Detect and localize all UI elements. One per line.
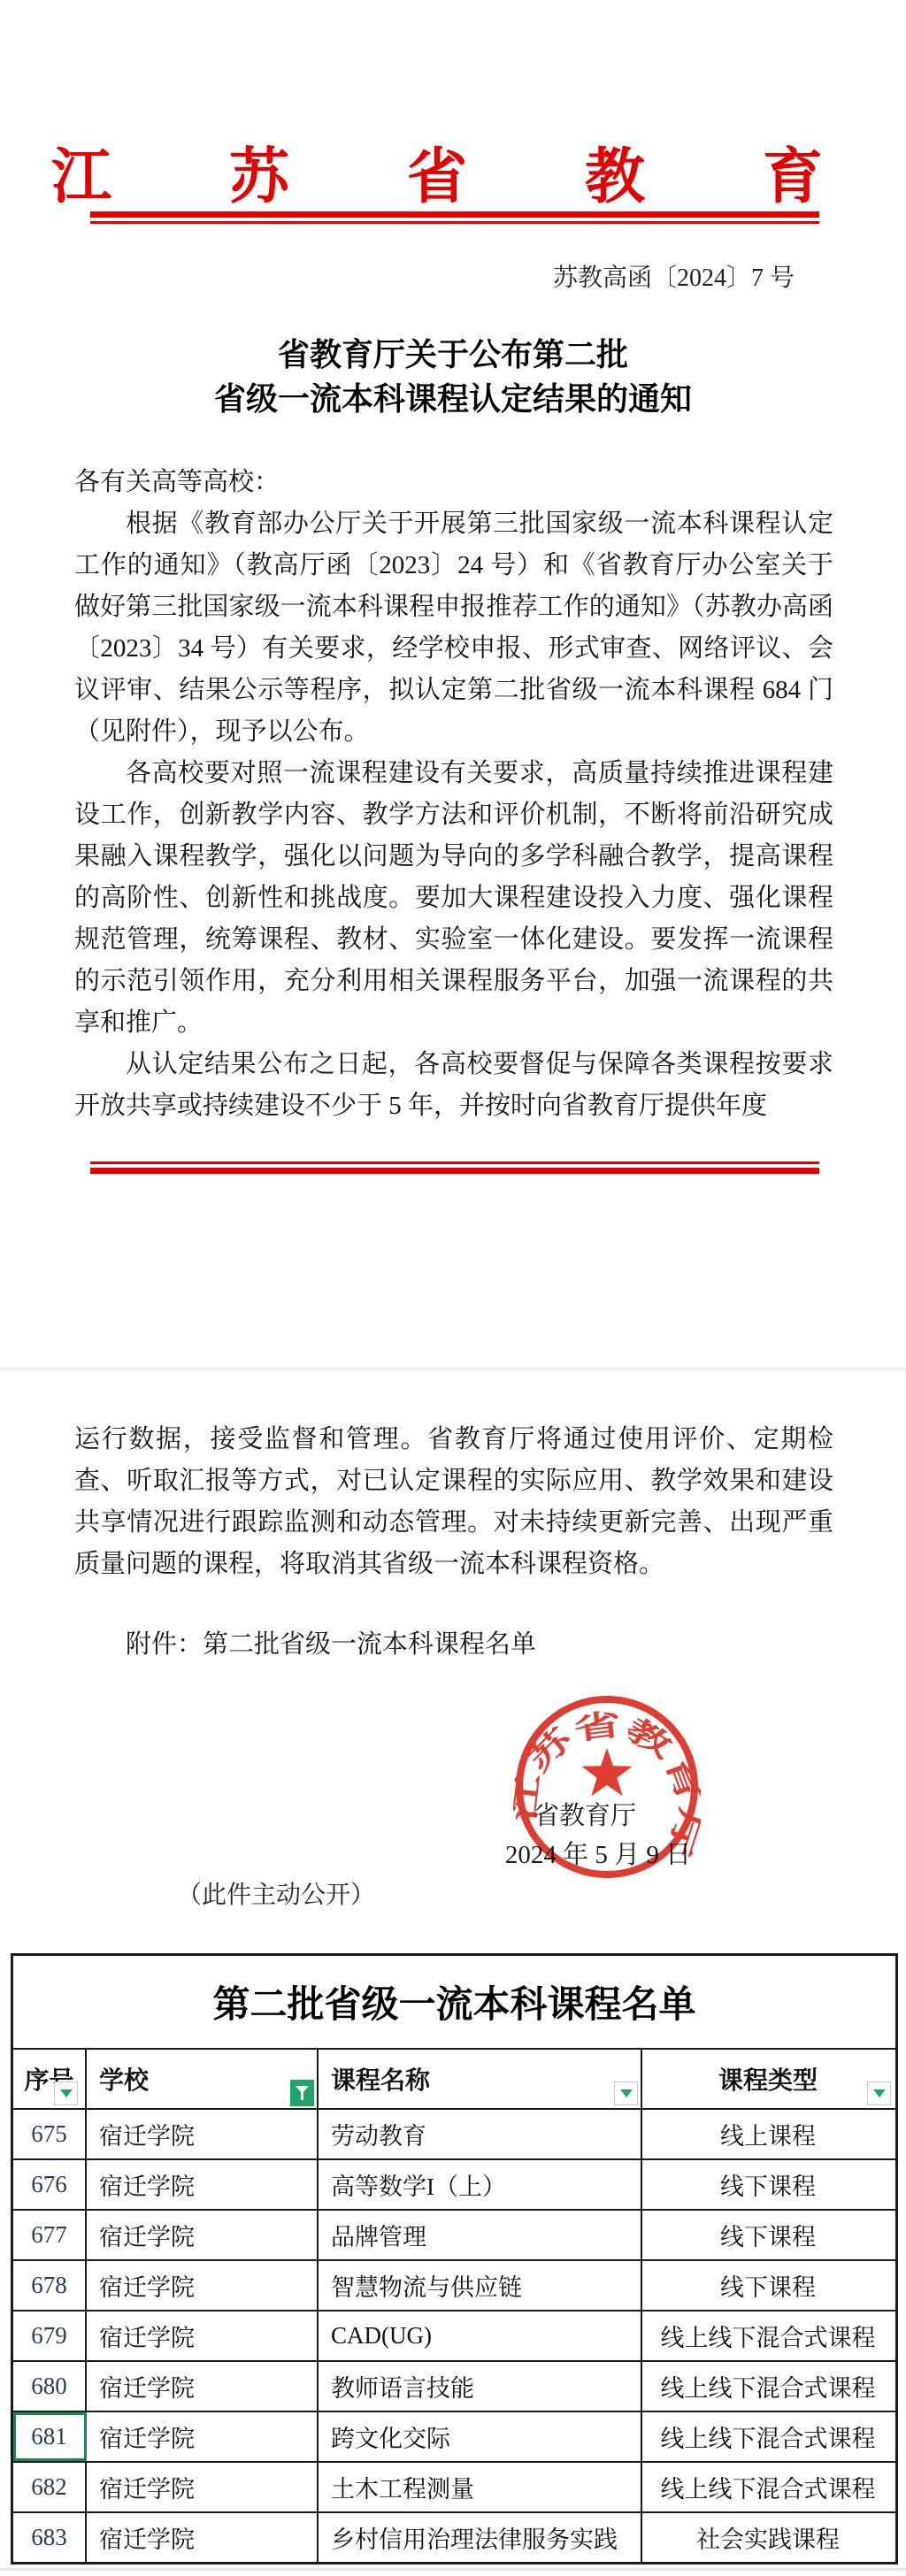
header-cell-no: 序号 [13,2050,87,2108]
cell-course[interactable]: 教师语言技能 [319,2362,642,2411]
cell-school[interactable]: 宿迁学院 [87,2261,319,2310]
cell-course[interactable]: 高等数学I（上） [319,2160,642,2209]
salutation: 各有关高等高校： [74,462,833,503]
cell-type[interactable]: 线上课程 [642,2110,894,2158]
cell-school[interactable]: 宿迁学院 [87,2311,319,2360]
body-text: 各有关高等高校： 根据《教育部办公厅关于开展第三批国家级一流本科课程认定工作的通… [74,462,833,1127]
cell-course[interactable]: 智慧物流与供应链 [319,2261,642,2310]
table-header-row: 序号 学校 课程名称 课程类型 [13,2050,895,2110]
header-label-course: 课程名称 [331,2061,430,2097]
doc-title-line2: 省级一流本科课程认定结果的通知 [0,377,906,421]
header-cell-type: 课程类型 [642,2050,894,2108]
cell-no[interactable]: 682 [13,2463,87,2511]
cell-no[interactable]: 680 [13,2362,87,2411]
cell-course[interactable]: 劳动教育 [319,2110,642,2158]
cell-school[interactable]: 宿迁学院 [87,2412,319,2461]
cell-type[interactable]: 线上线下混合式课程 [642,2412,894,2461]
table-row: 683 宿迁学院 乡村信用治理法律服务实践 社会实践课程 [13,2513,895,2562]
cell-course[interactable]: 跨文化交际 [319,2412,642,2461]
cell-type[interactable]: 线下课程 [642,2160,894,2209]
cell-type[interactable]: 社会实践课程 [642,2513,894,2562]
cell-school[interactable]: 宿迁学院 [87,2160,319,2209]
cell-no[interactable]: 678 [13,2261,87,2310]
cell-no[interactable]: 683 [13,2513,87,2562]
cell-course[interactable]: 品牌管理 [319,2211,642,2259]
page-seam [0,2568,906,2571]
table-row: 682 宿迁学院 土木工程测量 线上线下混合式课程 [13,2463,895,2513]
cell-school[interactable]: 宿迁学院 [87,2110,319,2158]
cell-type[interactable]: 线上线下混合式课程 [642,2362,894,2411]
table-row: 678 宿迁学院 智慧物流与供应链 线下课程 [13,2261,895,2311]
cell-no[interactable]: 675 [13,2110,87,2158]
table-row: 681 宿迁学院 跨文化交际 线上线下混合式课程 [13,2412,895,2463]
attachment-line: 附件：第二批省级一流本科课程名单 [74,1624,833,1666]
cell-type[interactable]: 线下课程 [642,2211,894,2259]
active-filter-funnel-icon[interactable] [290,2080,314,2106]
page-footer-double-rule [90,1161,819,1174]
paragraph-1: 根据《教育部办公厅关于开展第三批国家级一流本科课程认定工作的通知》（教高厅函〔2… [74,503,833,753]
letterhead-double-rule [90,211,819,224]
table-row: 680 宿迁学院 教师语言技能 线上线下混合式课程 [13,2362,895,2412]
public-disclosure-note: （此件主动公开） [177,1875,375,1911]
table-row: 677 宿迁学院 品牌管理 线下课程 [13,2211,895,2261]
paragraph-2: 各高校要对照一流课程建设有关要求，高质量持续推进课程建设工作，创新教学内容、教学… [74,753,833,1044]
page-seam [0,1368,906,1370]
doc-title-line1: 省教育厅关于公布第二批 [0,333,906,377]
cell-no[interactable]: 676 [13,2160,87,2209]
table-row: 679 宿迁学院 CAD(UG) 线上线下混合式课程 [13,2311,895,2362]
attachment-table: 第二批省级一流本科课程名单 序号 学校 课程名称 课程类型 675 宿迁学院 劳… [11,1953,898,2564]
document-page: 江 苏 省 教 育 厅 苏教高函〔2024〕7 号 省教育厅关于公布第二批 省级… [0,0,906,2576]
letterhead-agency-title: 江 苏 省 教 育 厅 [0,129,906,215]
cell-no[interactable]: 677 [13,2211,87,2259]
table-title: 第二批省级一流本科课程名单 [13,1956,895,2050]
cell-course[interactable]: 乡村信用治理法律服务实践 [319,2513,642,2562]
cell-type[interactable]: 线下课程 [642,2261,894,2310]
doc-number: 苏教高函〔2024〕7 号 [553,258,795,294]
continuation-text: 运行数据，接受监督和管理。省教育厅将通过使用评价、定期检查、听取汇报等方式，对已… [74,1419,833,1585]
cell-no[interactable]: 681 [13,2412,87,2461]
header-label-school: 学校 [99,2061,149,2097]
table-row: 676 宿迁学院 高等数学I（上） 线下课程 [13,2160,895,2211]
filter-dropdown-icon[interactable] [54,2081,78,2105]
filter-dropdown-icon[interactable] [614,2081,638,2105]
header-cell-course: 课程名称 [319,2050,642,2108]
cell-school[interactable]: 宿迁学院 [87,2362,319,2411]
cell-type[interactable]: 线上线下混合式课程 [642,2311,894,2360]
official-seal-icon: 江苏省教育厅 [513,1695,701,1881]
header-cell-school: 学校 [87,2050,319,2108]
cell-school[interactable]: 宿迁学院 [87,2513,319,2562]
doc-title: 省教育厅关于公布第二批 省级一流本科课程认定结果的通知 [0,333,906,421]
cell-course[interactable]: CAD(UG) [319,2311,642,2360]
cell-type[interactable]: 线上线下混合式课程 [642,2463,894,2511]
cell-school[interactable]: 宿迁学院 [87,2211,319,2259]
filter-dropdown-icon[interactable] [867,2081,891,2105]
paragraph-3: 从认定结果公布之日起，各高校要督促与保障各类课程按要求开放共享或持续建设不少于 … [74,1044,833,1127]
seal-star-icon [582,1748,633,1796]
table-row: 675 宿迁学院 劳动教育 线上课程 [13,2110,895,2160]
paragraph-4: 运行数据，接受监督和管理。省教育厅将通过使用评价、定期检查、听取汇报等方式，对已… [74,1419,833,1585]
cell-no[interactable]: 679 [13,2311,87,2360]
cell-school[interactable]: 宿迁学院 [87,2463,319,2511]
cell-course[interactable]: 土木工程测量 [319,2463,642,2511]
header-label-type: 课程类型 [718,2061,818,2097]
